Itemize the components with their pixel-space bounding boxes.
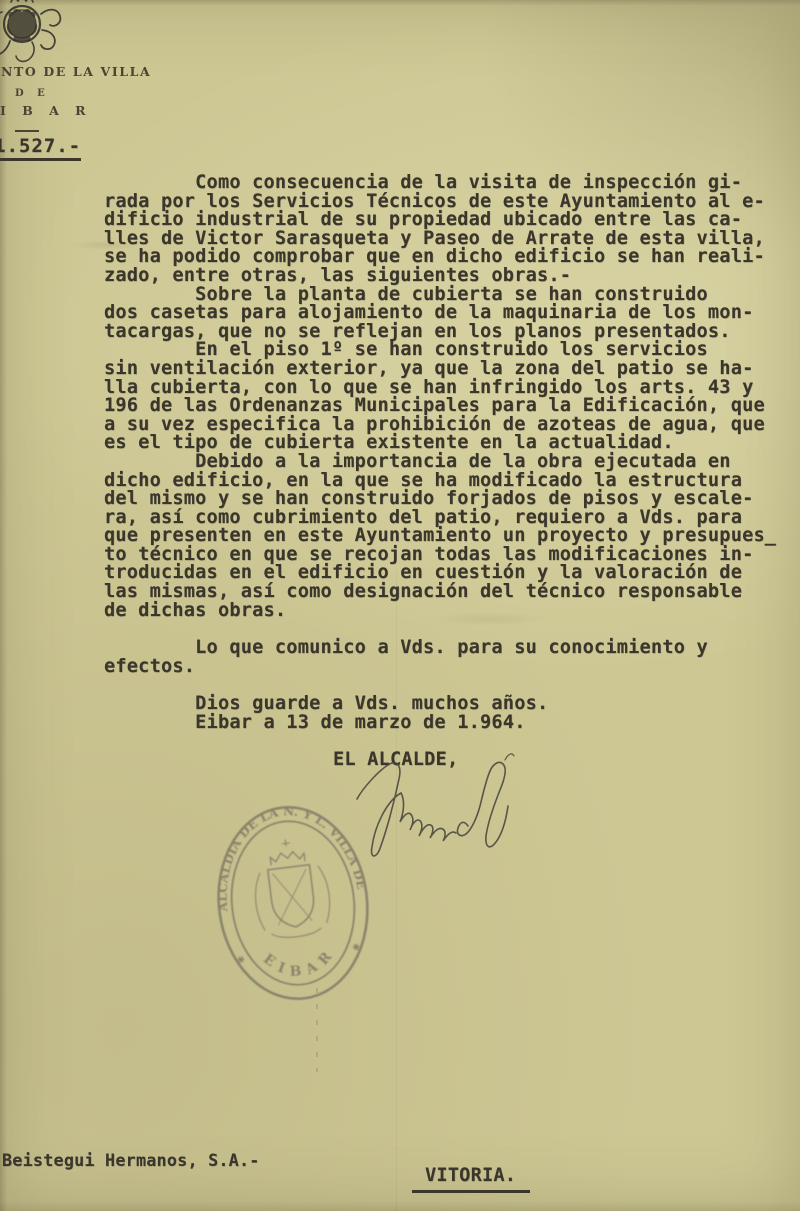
typed-line: las mismas, así como designación del téc… <box>104 583 776 602</box>
svg-text:EIBAR: EIBAR <box>259 943 342 985</box>
typed-line: Lo que comunico a Vds. para su conocimie… <box>104 639 708 658</box>
reference-number: 1.527.- <box>0 135 81 161</box>
addressee-city-underline <box>412 1190 530 1193</box>
crest-eagle <box>7 9 37 41</box>
typed-line: dificio industrial de su propiedad ubica… <box>104 211 776 230</box>
svg-text:ALCALDIA DE LA N. Y L. VILLA D: ALCALDIA DE LA N. Y L. VILLA DE <box>206 797 370 914</box>
addressee-city: VITORIA. <box>425 1167 516 1186</box>
typed-line: Como consecuencia de la visita de inspec… <box>104 174 776 193</box>
letterhead-villa-line: NTO DE LA VILLA <box>1 64 151 79</box>
letter-farewell-text: Dios guarde a Vds. muchos años. Eibar a … <box>104 695 548 732</box>
seal-ring-text: ALCALDIA DE LA N. Y L. VILLA DE <box>206 797 370 914</box>
typed-line: Debido a la importancia de la obra ejecu… <box>104 453 776 472</box>
typed-line: Eibar a 13 de marzo de 1.964. <box>104 714 548 733</box>
seal-star-left: ✱ <box>233 951 247 967</box>
paper-smudge <box>430 612 550 626</box>
paper-fold-crease <box>396 570 397 1211</box>
typed-line: efectos. <box>104 658 708 677</box>
letter-body-text: Como consecuencia de la visita de inspec… <box>104 174 776 620</box>
addressee-name: Beistegui Hermanos, S.A.- <box>2 1151 260 1170</box>
typed-line: Dios guarde a Vds. muchos años. <box>104 695 548 714</box>
typed-line: 196 de las Ordenanzas Municipales para l… <box>104 397 776 416</box>
paper-smudge <box>70 240 140 250</box>
typed-line: sin ventilación exterior, ya que la zona… <box>104 360 776 379</box>
seal-coat-of-arms <box>249 835 334 941</box>
letterhead-de-line: D E <box>15 88 50 99</box>
letter-closing-text: Lo que comunico a Vds. para su conocimie… <box>104 639 708 676</box>
typed-line: zado, entre otras, las siguientes obras.… <box>104 267 776 286</box>
scanned-letter-page: NTO DE LA VILLA D E I B A R 1.527.- Como… <box>0 0 800 1211</box>
typed-line: dos casetas para alojamiento de la maqui… <box>104 304 776 323</box>
seal-bottom-text: EIBAR <box>259 943 342 985</box>
municipal-crest-icon <box>0 0 100 74</box>
paper-fold-marks <box>316 988 318 1072</box>
alcaldia-eibar-seal: ALCALDIA DE LA N. Y L. VILLA DE EIBAR ✱ … <box>206 797 381 1009</box>
letterhead-divider <box>15 130 39 132</box>
letterhead-eibar-line: I B A R <box>0 103 92 118</box>
typed-line: del mismo y se han construido forjados d… <box>104 490 776 509</box>
